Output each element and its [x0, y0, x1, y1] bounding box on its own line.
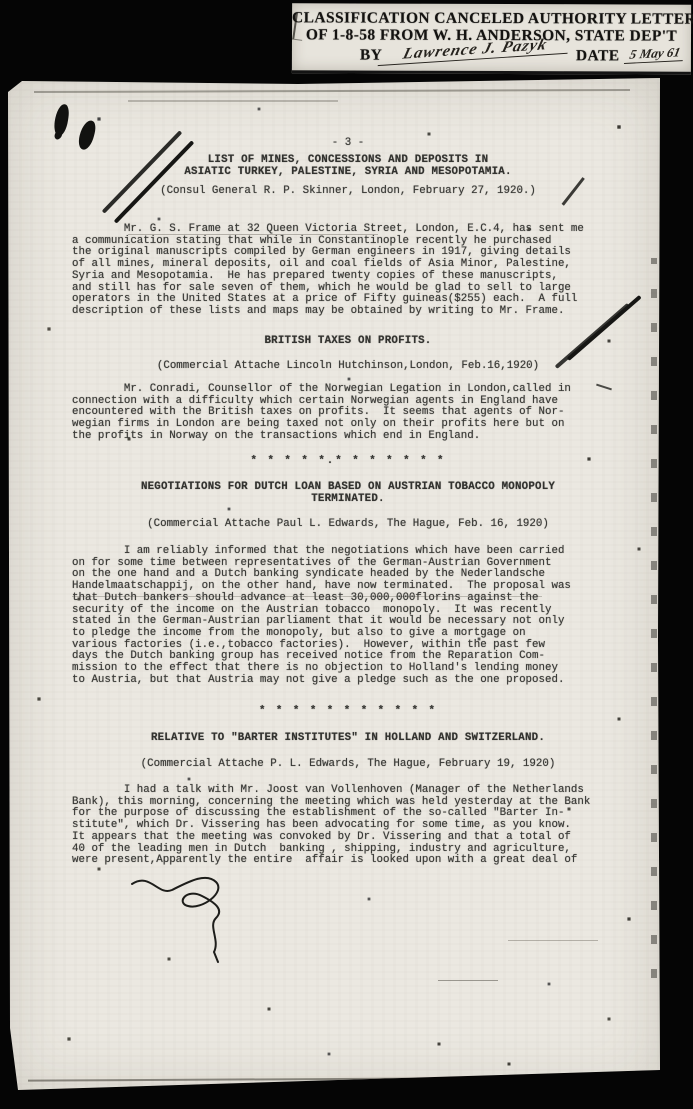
- dust-specks: [8, 78, 10, 80]
- section-separator: * * * * * * * * * * *: [72, 706, 624, 718]
- page-number: - 3 -: [72, 138, 624, 150]
- section-4-source: (Commercial Attache P. L. Edwards, The H…: [72, 759, 624, 771]
- section-3-source: (Commercial Attache Paul L. Edwards, The…: [72, 519, 624, 531]
- classification-stamp: CLASSIFICATION CANCELED AUTHORITY LETTER…: [292, 3, 691, 74]
- section-separator: * * * * *.* * * * * * *: [72, 456, 624, 468]
- section-4-body: I had a talk with Mr. Joost van Vollenho…: [72, 785, 624, 867]
- scan-streak: [128, 100, 338, 102]
- section-3-body: I am reliably informed that the negotiat…: [72, 546, 624, 686]
- section-1-body: Mr. G. S. Frame at 32 Queen Victoria Str…: [72, 224, 624, 318]
- stamp-line-1: CLASSIFICATION CANCELED AUTHORITY LETTER: [292, 9, 691, 27]
- stamp-date-value: 5 May 61: [624, 44, 686, 64]
- section-1-title: LIST OF MINES, CONCESSIONS AND DEPOSITS …: [72, 155, 624, 178]
- section-3-title: NEGOTIATIONS FOR DUTCH LOAN BASED ON AUS…: [72, 482, 624, 505]
- scan-streak: [438, 980, 498, 981]
- section-2-source: (Commercial Attache Lincoln Hutchinson,L…: [72, 361, 624, 373]
- section-2-title: BRITISH TAXES ON PROFITS.: [72, 336, 624, 348]
- pen-squiggle-mark: [128, 870, 288, 966]
- scan-streak: [508, 940, 598, 941]
- scan-background: CLASSIFICATION CANCELED AUTHORITY LETTER…: [0, 0, 693, 1109]
- section-1-source: (Consul General R. P. Skinner, London, F…: [72, 186, 624, 198]
- section-4-title: RELATIVE TO "BARTER INSTITUTES" IN HOLLA…: [72, 733, 624, 745]
- stamp-date-label: DATE: [576, 47, 620, 65]
- document-page: - 3 - LIST OF MINES, CONCESSIONS AND DEP…: [8, 78, 660, 1092]
- stamp-signature-row: BY Lawrence J. Pazyk DATE 5 May 61: [292, 44, 691, 69]
- section-2-body: Mr. Conradi, Counsellor of the Norwegian…: [72, 384, 624, 443]
- right-edge-scuff-marks: [651, 258, 657, 978]
